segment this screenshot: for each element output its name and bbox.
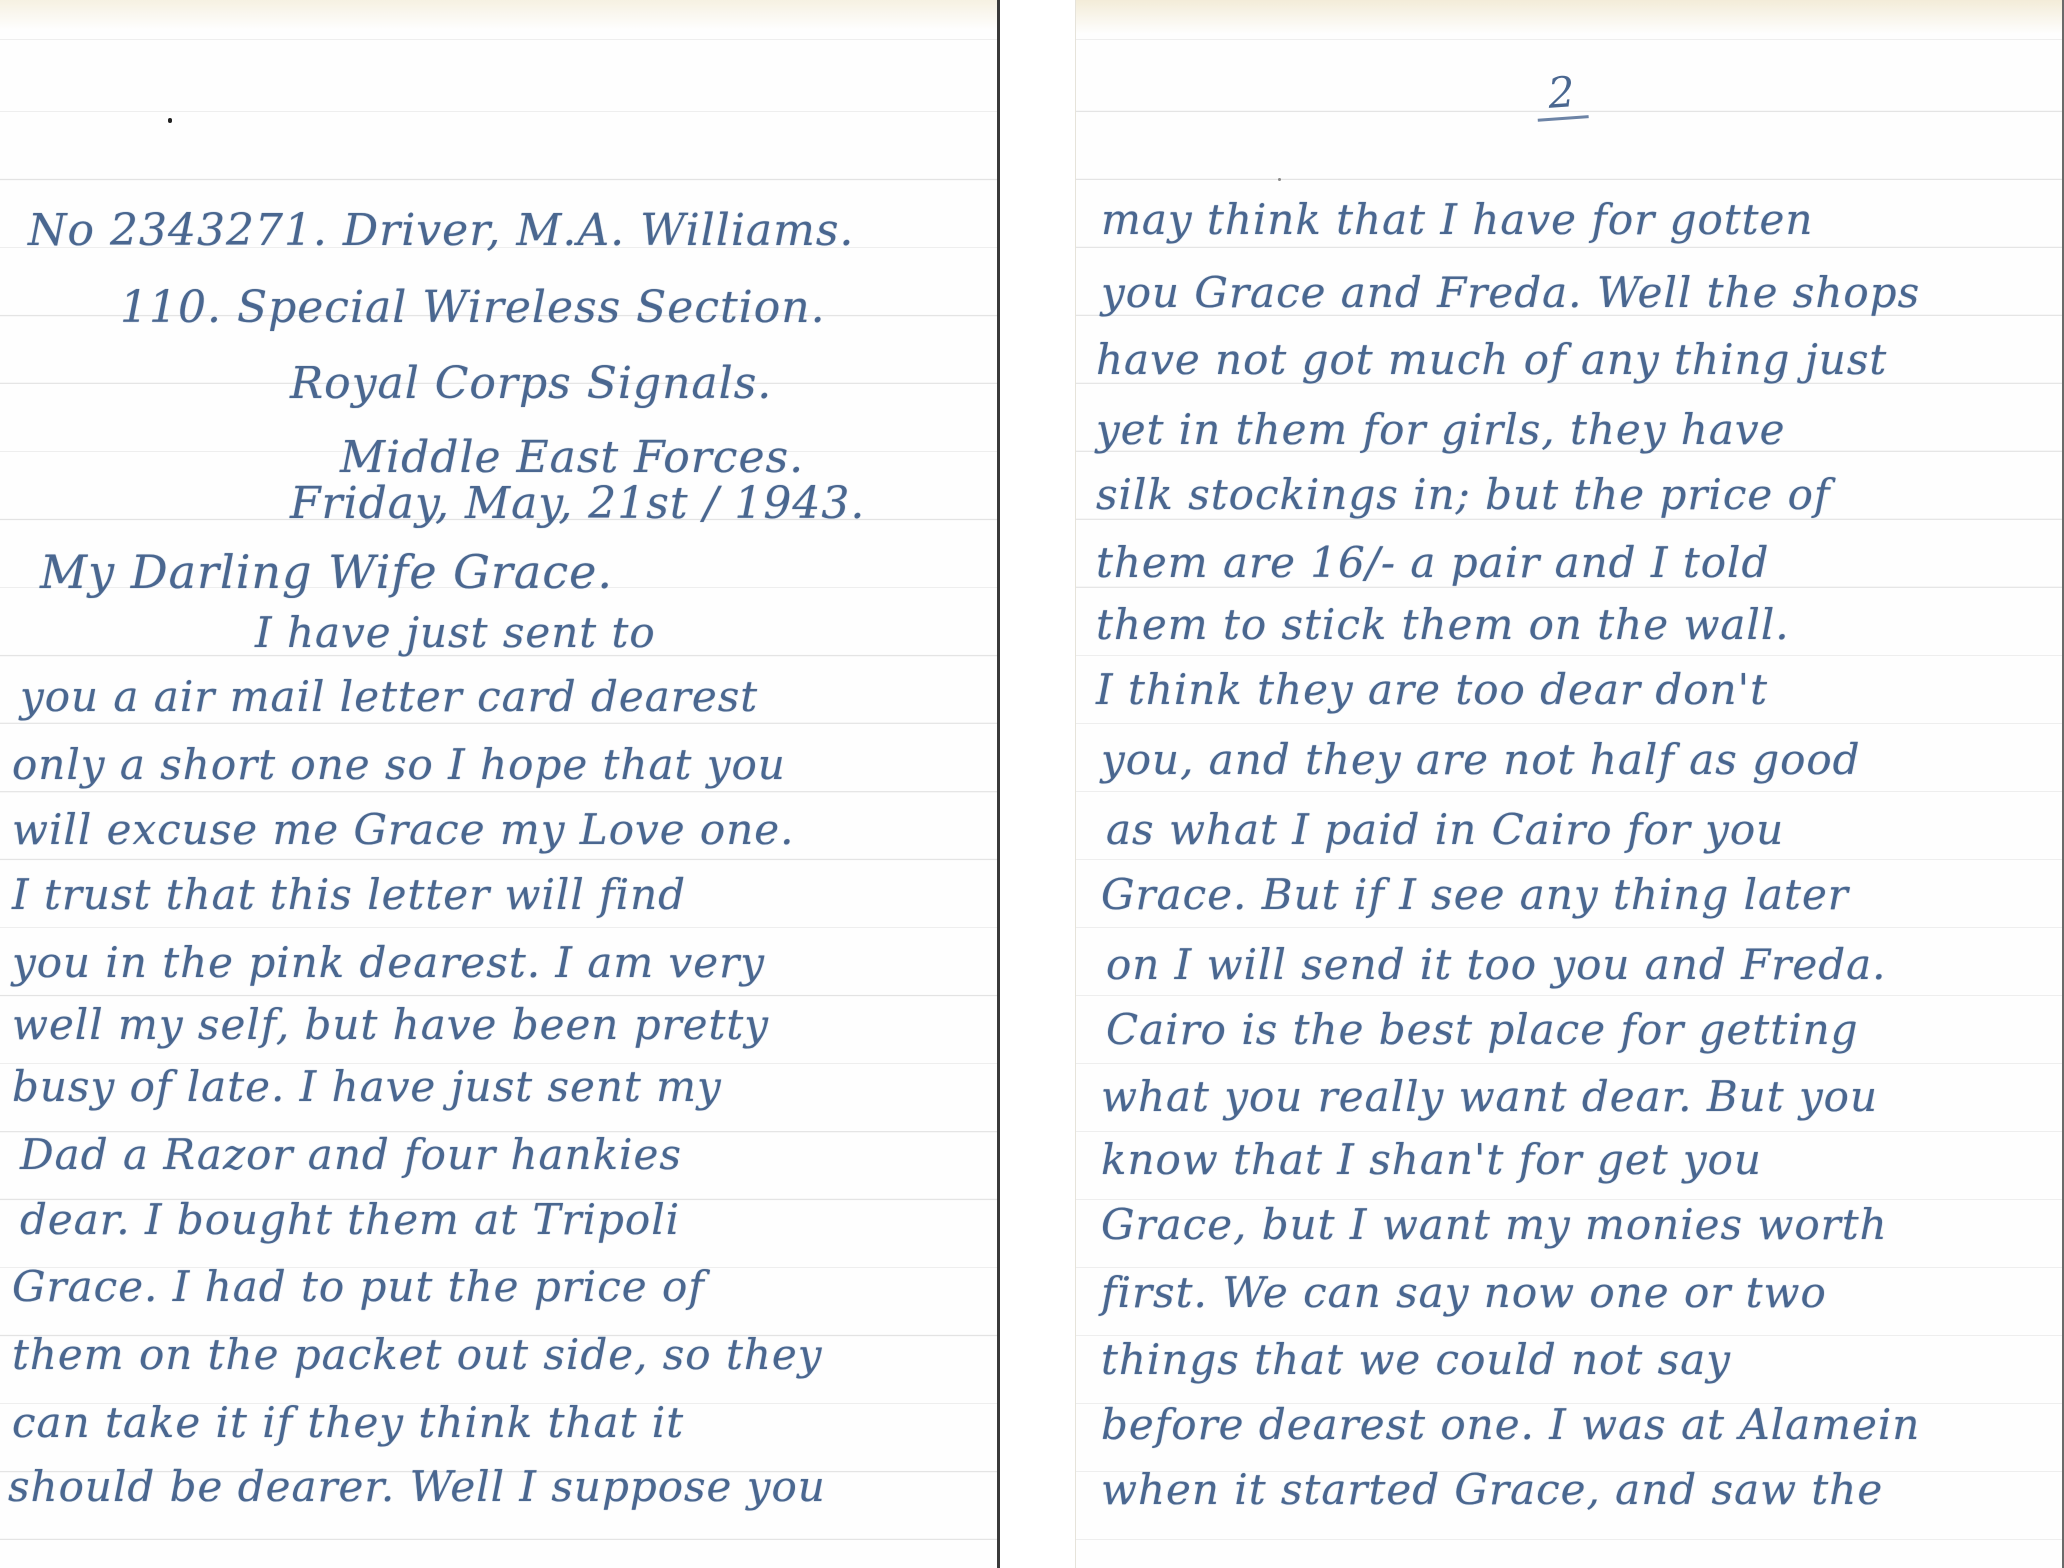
body-line: you in the pink dearest. I am very — [12, 938, 765, 987]
body-line: as what I paid in Cairo for you — [1106, 805, 1784, 854]
letter-date: Friday, May, 21st / 1943. — [290, 478, 865, 529]
body-line: when it started Grace, and saw the — [1101, 1465, 1883, 1514]
body-line: before dearest one. I was at Alamein — [1101, 1400, 1920, 1449]
letter-page-2: 2 may think that I have for gotten you G… — [1075, 0, 2064, 1568]
page-gutter — [1003, 0, 1075, 1568]
body-line: can take it if they think that it — [12, 1398, 684, 1447]
sender-unit: 110. Special Wireless Section. — [120, 282, 826, 333]
body-line: Dad a Razor and four hankies — [20, 1130, 682, 1179]
body-line: what you really want dear. But you — [1101, 1072, 1878, 1121]
letter-page-1: No 2343271. Driver, M.A. Williams. 110. … — [0, 0, 1000, 1568]
body-line: first. We can say now one or two — [1101, 1268, 1827, 1317]
sender-corps: Royal Corps Signals. — [290, 358, 772, 409]
body-line: Grace. I had to put the price of — [12, 1262, 705, 1311]
body-line: will excuse me Grace my Love one. — [12, 805, 794, 854]
body-line: them to stick them on the wall. — [1096, 600, 1790, 649]
body-line: Cairo is the best place for getting — [1106, 1005, 1859, 1054]
body-line: busy of late. I have just sent my — [12, 1062, 722, 1111]
sender-service-line: No 2343271. Driver, M.A. Williams. — [28, 205, 854, 256]
body-line: I think they are too dear don't — [1096, 665, 1768, 714]
sender-force: Middle East Forces. — [340, 432, 804, 483]
body-line: yet in them for girls, they have — [1096, 405, 1785, 454]
page-number: 2 — [1534, 66, 1588, 121]
body-line: them on the packet out side, so they — [12, 1330, 822, 1379]
body-line: dear. I bought them at Tripoli — [20, 1195, 680, 1244]
body-line: Grace. But if I see any thing later — [1101, 870, 1849, 919]
body-line: know that I shan't for get you — [1101, 1135, 1762, 1184]
body-line: well my self, but have been pretty — [12, 1000, 769, 1049]
body-line: you a air mail letter card dearest — [20, 672, 758, 721]
body-line: may think that I have for gotten — [1101, 195, 1813, 244]
body-line: Grace, but I want my monies worth — [1101, 1200, 1888, 1249]
body-line: I have just sent to — [255, 608, 656, 657]
paper-speck — [168, 118, 172, 123]
paper-speck — [1278, 178, 1281, 181]
body-line: I trust that this letter will find — [12, 870, 686, 919]
body-line: things that we could not say — [1101, 1335, 1731, 1384]
body-line: you Grace and Freda. Well the shops — [1101, 268, 1920, 317]
body-line: silk stockings in; but the price of — [1096, 470, 1830, 519]
body-line: them are 16/- a pair and I told — [1096, 538, 1769, 587]
salutation: My Darling Wife Grace. — [40, 545, 613, 599]
body-line: should be dearer. Well I suppose you — [8, 1462, 826, 1511]
body-line: have not got much of any thing just — [1096, 335, 1887, 384]
body-line: only a short one so I hope that you — [12, 740, 786, 789]
body-line: you, and they are not half as good — [1101, 735, 1861, 784]
body-line: on I will send it too you and Freda. — [1106, 940, 1886, 989]
